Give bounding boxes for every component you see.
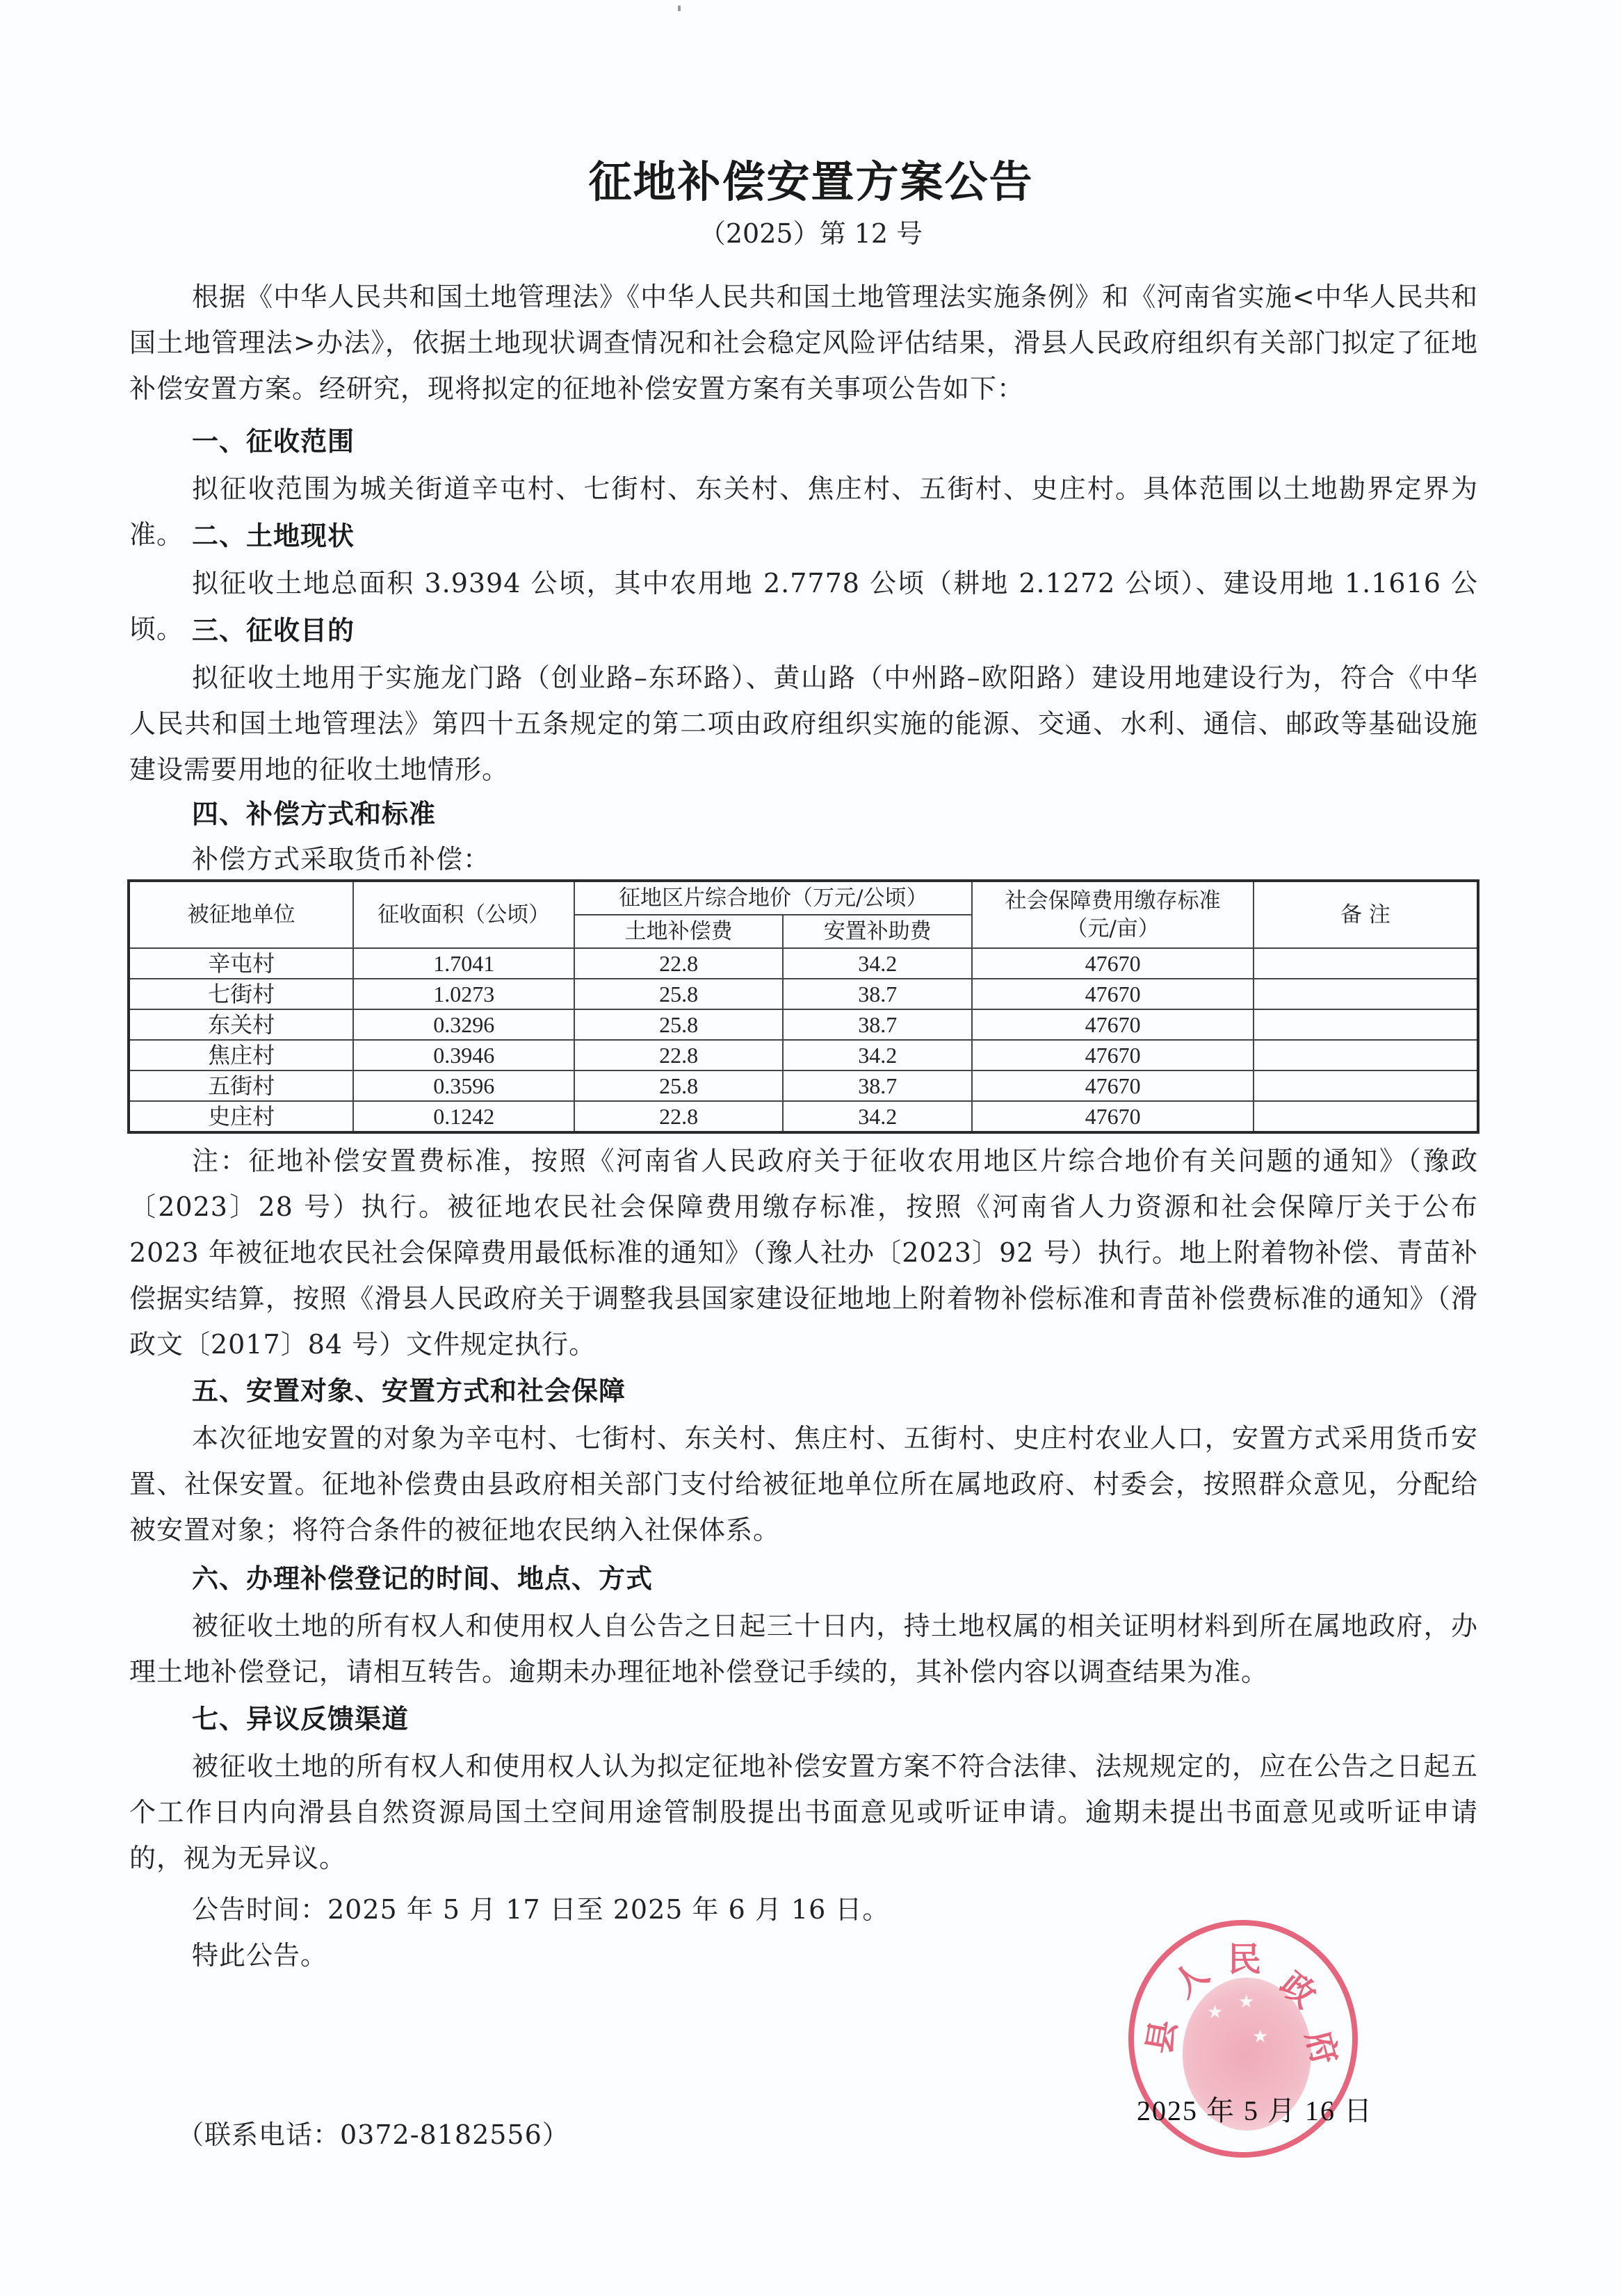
table-row: 焦庄村 0.3946 22.8 34.2 47670 [129,1040,1478,1070]
seal-star-icon: ★ [1252,2026,1268,2047]
seal-star-icon: ★ [1207,2002,1223,2023]
section-4-heading: 四、补偿方式和标准 [192,792,436,831]
table-row: 东关村 0.3296 25.8 38.7 47670 [129,1009,1478,1040]
cell-social: 47670 [972,948,1253,979]
section-3-body: 拟征收土地用于实施龙门路（创业路–东环路）、黄山路（中州路–欧阳路）建设用地建设… [129,655,1478,792]
section-6-body: 被征收土地的所有权人和使用权人自公告之日起三十日内，持土地权属的相关证明材料到所… [129,1603,1478,1695]
cell-social: 47670 [972,1101,1253,1132]
section-2-heading: 二、土地现状 [192,514,355,553]
cell-remark [1254,1009,1478,1040]
cell-land-fee: 25.8 [574,1070,783,1101]
section-5-body: 本次征地安置的对象为辛屯村、七街村、东关村、焦庄村、五街村、史庄村农业人口，安置… [129,1415,1478,1553]
cell-social: 47670 [972,1070,1253,1101]
table-row: 五街村 0.3596 25.8 38.7 47670 [129,1070,1478,1101]
cell-resettle-fee: 38.7 [783,979,972,1009]
cell-resettle-fee: 34.2 [783,1040,972,1070]
cell-area: 1.7041 [353,948,574,979]
section-4-text: 补偿方式采取货币补偿： [192,838,490,876]
page-title: 征地补偿安置方案公告 [0,147,1622,209]
header-area: 征收面积（公顷） [353,881,574,948]
cell-resettle-fee: 38.7 [783,1070,972,1101]
notice-period: 公告时间：2025 年 5 月 17 日至 2025 年 6 月 16 日。 [192,1888,889,1926]
section-7-heading: 七、异议反馈渠道 [192,1697,409,1736]
cell-resettle-fee: 38.7 [783,1009,972,1040]
table-row: 史庄村 0.1242 22.8 34.2 47670 [129,1101,1478,1132]
header-price-group: 征地区片综合地价（万元/公顷） [574,881,972,915]
document-page: 征地补偿安置方案公告 （2025）第 12 号 根据《中华人民共和国土地管理法》… [0,0,1622,2296]
cell-remark [1254,1040,1478,1070]
table-note: 注：征地补偿安置费标准，按照《河南省人民政府关于征收农用地区片综合地价有关问题的… [129,1138,1478,1367]
signature-date: 2025 年 5 月 16 日 [1137,2089,1373,2128]
cell-land-fee: 22.8 [574,1040,783,1070]
intro-paragraph: 根据《中华人民共和国土地管理法》《中华人民共和国土地管理法实施条例》和《河南省实… [129,274,1478,412]
cell-land-fee: 25.8 [574,979,783,1009]
cell-unit: 七街村 [129,979,353,1009]
header-unit: 被征地单位 [129,881,353,948]
table-row: 七街村 1.0273 25.8 38.7 47670 [129,979,1478,1009]
header-remark: 备 注 [1254,881,1478,948]
section-7-body: 被征收土地的所有权人和使用权人认为拟定征地补偿安置方案不符合法律、法规规定的，应… [129,1743,1478,1881]
table-header-row: 被征地单位 征收面积（公顷） 征地区片综合地价（万元/公顷） 社会保障费用缴存标… [129,881,1478,915]
cell-remark [1254,1070,1478,1101]
header-social-security: 社会保障费用缴存标准 （元/亩） [972,881,1253,948]
table-row: 辛屯村 1.7041 22.8 34.2 47670 [129,948,1478,979]
section-6-heading: 六、办理补偿登记的时间、地点、方式 [192,1557,653,1595]
cell-area: 1.0273 [353,979,574,1009]
contact-phone: （联系电话：0372-8182556） [177,2113,569,2151]
section-7-text: 被征收土地的所有权人和使用权人认为拟定征地补偿安置方案不符合法律、法规规定的，应… [129,1743,1478,1881]
table-note-text: 注：征地补偿安置费标准，按照《河南省人民政府关于征收农用地区片综合地价有关问题的… [129,1138,1478,1367]
section-5-text: 本次征地安置的对象为辛屯村、七街村、东关村、焦庄村、五街村、史庄村农业人口，安置… [129,1415,1478,1553]
header-land-fee: 土地补偿费 [574,915,783,948]
header-social-line1: 社会保障费用缴存标准 [973,887,1252,915]
cell-area: 0.1242 [353,1101,574,1132]
cell-unit: 辛屯村 [129,948,353,979]
seal-char: 县 [1133,2016,1185,2057]
document-number: （2025）第 12 号 [0,212,1622,250]
cell-land-fee: 22.8 [574,1101,783,1132]
cell-area: 0.3596 [353,1070,574,1101]
section-1-heading: 一、征收范围 [192,420,355,458]
scan-artifact [678,6,681,11]
cell-unit: 东关村 [129,1009,353,1040]
cell-unit: 五街村 [129,1070,353,1101]
cell-remark [1254,1101,1478,1132]
closing-text: 特此公告。 [192,1934,327,1972]
cell-remark [1254,948,1478,979]
seal-star-icon: ★ [1238,1992,1254,2012]
section-6-text: 被征收土地的所有权人和使用权人自公告之日起三十日内，持土地权属的相关证明材料到所… [129,1603,1478,1695]
cell-resettle-fee: 34.2 [783,948,972,979]
compensation-table: 被征地单位 征收面积（公顷） 征地区片综合地价（万元/公顷） 社会保障费用缴存标… [127,879,1479,1134]
header-resettle-fee: 安置补助费 [783,915,972,948]
cell-area: 0.3946 [353,1040,574,1070]
header-social-line2: （元/亩） [973,915,1252,943]
cell-social: 47670 [972,1040,1253,1070]
cell-resettle-fee: 34.2 [783,1101,972,1132]
cell-unit: 焦庄村 [129,1040,353,1070]
cell-remark [1254,979,1478,1009]
section-5-heading: 五、安置对象、安置方式和社会保障 [192,1369,626,1408]
cell-land-fee: 22.8 [574,948,783,979]
cell-area: 0.3296 [353,1009,574,1040]
cell-social: 47670 [972,979,1253,1009]
cell-unit: 史庄村 [129,1101,353,1132]
section-3-text: 拟征收土地用于实施龙门路（创业路–东环路）、黄山路（中州路–欧阳路）建设用地建设… [129,655,1478,792]
cell-land-fee: 25.8 [574,1009,783,1040]
intro-text: 根据《中华人民共和国土地管理法》《中华人民共和国土地管理法实施条例》和《河南省实… [129,274,1478,412]
seal-char: 民 [1228,1932,1261,1980]
section-3-heading: 三、征收目的 [192,609,355,647]
cell-social: 47670 [972,1009,1253,1040]
